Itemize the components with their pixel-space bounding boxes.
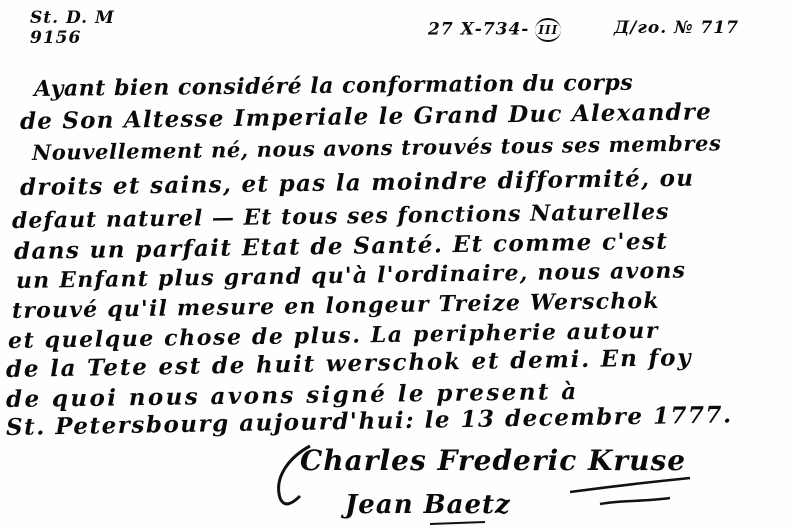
handwritten-line: Nouvellement né, nous avons trouvés tous…	[32, 130, 722, 165]
archive-roman-numeral-mark: III	[535, 18, 561, 42]
archive-reference-middle: 27 Х-734-III	[428, 18, 561, 42]
archive-reference-left: St. D. M 9156	[30, 8, 115, 48]
archive-reference-right: Д/го. № 717	[614, 18, 739, 38]
handwritten-line: Ayant bien considéré la conformation du …	[34, 70, 634, 102]
archive-item-number: 9156	[30, 28, 115, 48]
signature-charles-frederic-kruse: Charles Frederic Kruse	[300, 444, 686, 477]
archive-file-number: Д/го. № 717	[614, 18, 739, 38]
signature-jean-baetz: Jean Baetz	[345, 490, 511, 520]
handwritten-line: droits et sains, et pas la moindre diffo…	[20, 165, 695, 201]
handwritten-line: de Son Altesse Imperiale le Grand Duc Al…	[20, 98, 712, 135]
archive-fond-code: St. D. M	[30, 8, 115, 28]
scanned-document-page: St. D. M 9156 27 Х-734-III Д/го. № 717 A…	[0, 0, 790, 529]
archive-inventory-code: 27 Х-734-	[428, 20, 529, 40]
